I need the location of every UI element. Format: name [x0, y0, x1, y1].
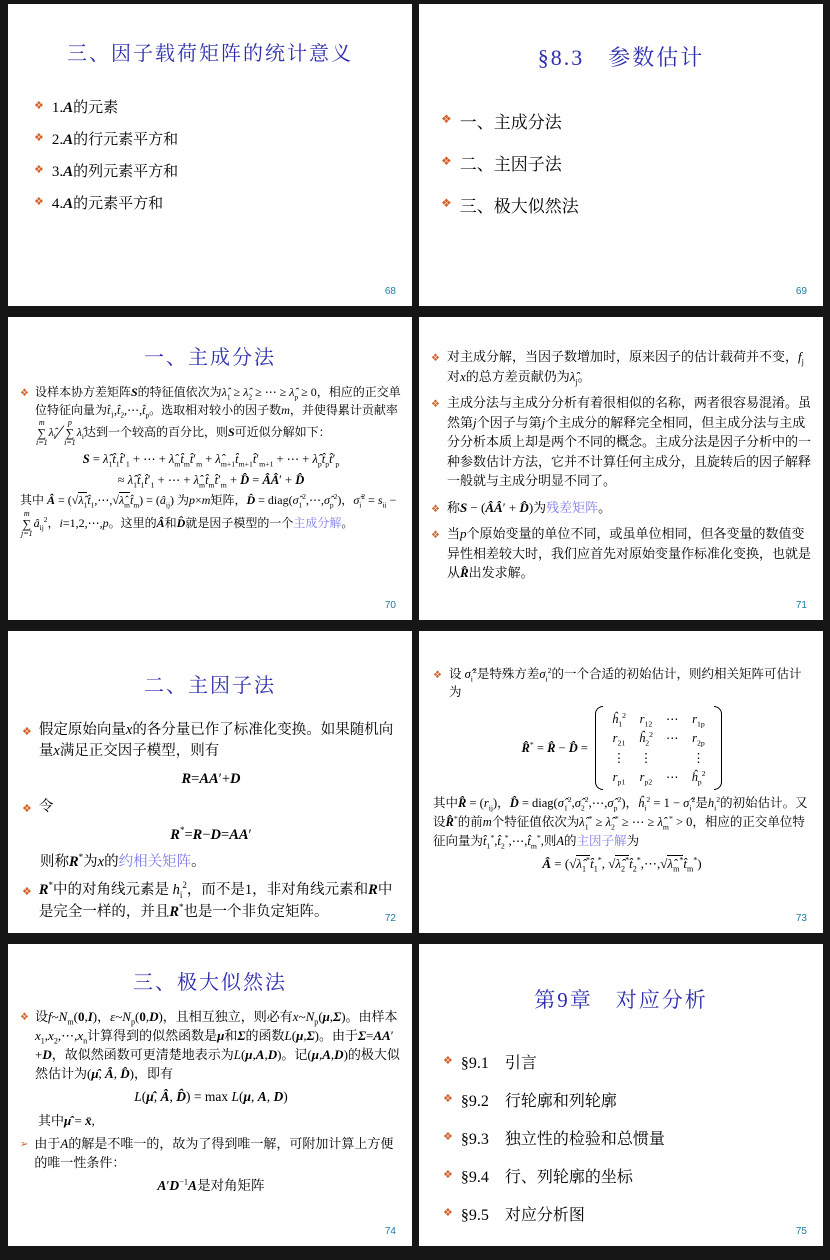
- diamond-bullet-icon: ❖: [443, 1168, 453, 1181]
- diamond-bullet-icon: ❖: [22, 801, 32, 818]
- list-item-text: 对主成分解，当因子数增加时，原来因子的估计载荷并不变，fj对x的总方差贡献仍为λ…: [447, 347, 813, 386]
- matrix-cells: ĥ12r12⋯r1p r21ĥ22⋯r2p ⋮⋮⋮ rp1rp2⋯ĥp2: [603, 706, 715, 790]
- diamond-bullet-icon: ❖: [433, 668, 442, 683]
- slide-75-title: 第9章 对应分析: [419, 984, 823, 1014]
- slide-74-body: ❖设f~Nm(0,I)，ε~Np(0,D)，且相互独立，则必有x~Np(μ,Σ)…: [20, 1007, 402, 1196]
- list-item: ❖对主成分解，当因子数增加时，原来因子的估计载荷并不变，fj对x的总方差贡献仍为…: [431, 347, 813, 386]
- slide-69: §8.3 参数估计 ❖一、主成分法 ❖二、主因子法 ❖三、极大似然法 69: [419, 4, 823, 306]
- diamond-bullet-icon: ❖: [431, 502, 440, 517]
- list-item-text: 2.A的行元素平方和: [52, 128, 412, 149]
- slide-72: 二、主因子法 ❖假定原始向量x的各分量已作了标准化变换。如果随机向量x满足正交因…: [8, 631, 412, 933]
- slide-68: 三、因子载荷矩阵的统计意义 ❖1.A的元素 ❖2.A的行元素平方和 ❖3.A的列…: [8, 4, 412, 306]
- page-number: 68: [385, 286, 396, 297]
- diamond-bullet-icon: ❖: [441, 196, 452, 211]
- page-number: 72: [385, 913, 396, 924]
- paragraph: 由于A的解是不唯一的，故为了得到唯一解，可附加计算上方便的唯一性条件：: [34, 1134, 402, 1172]
- matrix-cell: r1p: [691, 711, 705, 727]
- slide-70-body: ❖设样本协方差矩阵S的特征值依次为λ̂1 ≥ λ̂2 ≥ ⋯ ≥ λ̂p ≥ 0…: [20, 384, 402, 537]
- list-item: ❖主成分法与主成分分析有着很相似的名称，两者很容易混淆。虽然第j个因子与第j个主…: [431, 393, 813, 491]
- list-item: ❖设样本协方差矩阵S的特征值依次为λ̂1 ≥ λ̂2 ≥ ⋯ ≥ λ̂p ≥ 0…: [20, 384, 402, 447]
- list-item-text: 称S − (ÂÂ′ + D̂)为残差矩阵。: [447, 498, 813, 518]
- list-item: ❖R*中的对角线元素是 hi2，而不是1，非对角线元素和R中是完全一样的，并且R…: [22, 880, 400, 924]
- slide-72-title: 二、主因子法: [8, 669, 412, 698]
- equation-principal-factor-solution: Â = (√λ̂1*t̂1*, √λ̂2*t̂2*,⋯,√λ̂m*t̂m*): [433, 854, 811, 874]
- slide-69-title: §8.3 参数估计: [419, 41, 823, 72]
- matrix-cell: ⋮: [612, 750, 626, 766]
- list-item-text: §9.4 行、列轮廓的坐标: [461, 1164, 823, 1187]
- slide-75: 第9章 对应分析 ❖§9.1 引言 ❖§9.2 行轮廓和列轮廓 ❖§9.3 独立…: [419, 944, 823, 1246]
- list-item: ❖§9.3 独立性的检验和总惯量: [443, 1126, 823, 1149]
- diamond-bullet-icon: ❖: [431, 351, 440, 366]
- list-item: ❖令: [22, 797, 400, 819]
- list-item-text: 1.A的元素: [52, 96, 412, 117]
- list-item-text: §9.2 行轮廓和列轮廓: [461, 1088, 823, 1111]
- paragraph: 设 σ̂i2是特殊方差σi2的一个合适的初始估计，则约相关矩阵可估计为: [449, 665, 811, 703]
- matrix-cell: ⋮: [691, 750, 705, 766]
- page-number: 71: [796, 600, 807, 611]
- list-item: ❖§9.2 行轮廓和列轮廓: [443, 1088, 823, 1111]
- slide-72-body: ❖假定原始向量x的各分量已作了标准化变换。如果随机向量x满足正交因子模型，则有 …: [22, 720, 400, 924]
- matrix-cell: ĥ12: [612, 711, 626, 727]
- paragraph: R*中的对角线元素是 hi2，而不是1，非对角线元素和R中是完全一样的，并且R*…: [39, 880, 400, 924]
- diamond-bullet-icon: ❖: [443, 1054, 453, 1067]
- paragraph: 设f~Nm(0,I)，ε~Np(0,D)，且相互独立，则必有x~Np(μ,Σ)。…: [35, 1007, 402, 1083]
- slide-73-body: ❖设 σ̂i2是特殊方差σi2的一个合适的初始估计，则约相关矩阵可估计为 R̂*…: [433, 665, 811, 874]
- list-item-text: §9.1 引言: [461, 1050, 823, 1073]
- diamond-bullet-icon: ❖: [441, 154, 452, 169]
- diamond-bullet-icon: ❖: [431, 397, 440, 412]
- list-item-text: §9.5 对应分析图: [461, 1202, 823, 1225]
- matrix-cell: r12: [639, 711, 653, 727]
- list-item: ❖二、主因子法: [441, 150, 823, 175]
- diamond-bullet-icon: ❖: [22, 884, 32, 901]
- slide-73: ❖设 σ̂i2是特殊方差σi2的一个合适的初始估计，则约相关矩阵可估计为 R̂*…: [419, 631, 823, 933]
- diamond-bullet-icon: ❖: [443, 1130, 453, 1143]
- diamond-bullet-icon: ❖: [431, 528, 440, 543]
- paragraph: 其中μ̂ = x̄,: [38, 1111, 402, 1130]
- matrix-lead: R̂* = R̂ − D̂ =: [522, 739, 588, 758]
- matrix-cell: r21: [612, 730, 626, 746]
- list-item: ❖§9.1 引言: [443, 1050, 823, 1073]
- list-item: ❖称S − (ÂÂ′ + D̂)为残差矩阵。: [431, 498, 813, 518]
- page-number: 73: [796, 913, 807, 924]
- matrix-cell: r2p: [691, 730, 705, 746]
- matrix-cell: rp2: [639, 769, 653, 785]
- list-item-text: 三、极大似然法: [460, 192, 823, 217]
- equation-approximation: ≈ λ̂1t̂1t̂′1 + ⋯ + λ̂mt̂mt̂′m + D̂ = ÂÂ′…: [20, 471, 402, 489]
- right-paren: [714, 706, 722, 790]
- paragraph: 其中 Â = (√λ̂1t̂1,⋯,√λ̂mt̂m) = (âij) 为p×m矩…: [20, 492, 402, 537]
- list-item: ➢由于A的解是不唯一的，故为了得到唯一解，可附加计算上方便的唯一性条件：: [20, 1134, 402, 1172]
- slide-71-list: ❖对主成分解，当因子数增加时，原来因子的估计载荷并不变，fj对x的总方差贡献仍为…: [431, 347, 813, 583]
- paragraph: 则称R*为x的约相关矩阵。: [40, 852, 400, 874]
- slide-70: 一、主成分法 ❖设样本协方差矩阵S的特征值依次为λ̂1 ≥ λ̂2 ≥ ⋯ ≥ …: [8, 317, 412, 619]
- list-item: ❖4.A的元素平方和: [34, 192, 412, 213]
- matrix-equation: R̂* = R̂ − D̂ = ĥ12r12⋯r1p r21ĥ22⋯r2p ⋮⋮…: [433, 706, 811, 790]
- diamond-bullet-icon: ❖: [22, 724, 32, 741]
- matrix-cell: ĥp2: [691, 769, 705, 785]
- list-item: ❖假定原始向量x的各分量已作了标准化变换。如果随机向量x满足正交因子模型，则有: [22, 720, 400, 764]
- diamond-bullet-icon: ❖: [34, 195, 44, 208]
- list-item: ❖§9.4 行、列轮廓的坐标: [443, 1164, 823, 1187]
- page-number: 69: [796, 286, 807, 297]
- paragraph: 设样本协方差矩阵S的特征值依次为λ̂1 ≥ λ̂2 ≥ ⋯ ≥ λ̂p ≥ 0，…: [35, 384, 402, 447]
- diamond-bullet-icon: ❖: [20, 387, 29, 402]
- diamond-bullet-icon: ❖: [443, 1206, 453, 1219]
- list-item-text: 二、主因子法: [460, 150, 823, 175]
- list-item: ❖1.A的元素: [34, 96, 412, 117]
- equation-uniqueness-condition: A′D−1A是对角矩阵: [20, 1176, 402, 1196]
- list-item-text: 4.A的元素平方和: [52, 192, 412, 213]
- list-item: ❖三、极大似然法: [441, 192, 823, 217]
- list-item-text: 当p个原始变量的单位不同，或虽单位相同，但各变量的数值变异性相差较大时，我们应首…: [447, 524, 813, 583]
- slide-69-list: ❖一、主成分法 ❖二、主因子法 ❖三、极大似然法: [441, 108, 823, 217]
- list-item: ❖当p个原始变量的单位不同，或虽单位相同，但各变量的数值变异性相差较大时，我们应…: [431, 524, 813, 583]
- matrix-cell: ⋮: [639, 750, 653, 766]
- reduced-correlation-matrix: ĥ12r12⋯r1p r21ĥ22⋯r2p ⋮⋮⋮ rp1rp2⋯ĥp2: [595, 706, 723, 790]
- matrix-cell: ⋯: [666, 769, 679, 785]
- list-item-text: 主成分法与主成分分析有着很相似的名称，两者很容易混淆。虽然第j个因子与第j个主成…: [447, 393, 813, 491]
- list-item: ❖3.A的列元素平方和: [34, 160, 412, 181]
- equation-factor-model: R=AA′+D: [22, 769, 400, 791]
- left-paren: [595, 706, 603, 790]
- equation-likelihood-max: L(μ̂, Â, D̂) = max L(μ, A, D): [20, 1087, 402, 1107]
- matrix-cell: ĥ22: [639, 730, 653, 746]
- paragraph: 假定原始向量x的各分量已作了标准化变换。如果随机向量x满足正交因子模型，则有: [39, 720, 400, 764]
- list-item: ❖一、主成分法: [441, 108, 823, 133]
- diamond-bullet-icon: ❖: [34, 99, 44, 112]
- slide-74-title: 三、极大似然法: [8, 966, 412, 995]
- paragraph: 其中R̂ = (rij)，D̂ = diag(σ̂12,σ̂22,⋯,σ̂p2)…: [433, 794, 811, 850]
- paragraph: 令: [39, 797, 400, 819]
- matrix-cell: rp1: [612, 769, 626, 785]
- diamond-bullet-icon: ❖: [441, 112, 452, 127]
- page-number: 74: [385, 1226, 396, 1237]
- slide-68-list: ❖1.A的元素 ❖2.A的行元素平方和 ❖3.A的列元素平方和 ❖4.A的元素平…: [34, 96, 412, 213]
- list-item: ❖2.A的行元素平方和: [34, 128, 412, 149]
- list-item-text: 3.A的列元素平方和: [52, 160, 412, 181]
- matrix-cell: ⋯: [666, 730, 679, 746]
- page-number: 75: [796, 1226, 807, 1237]
- list-item: ❖§9.5 对应分析图: [443, 1202, 823, 1225]
- matrix-cell: ⋯: [666, 711, 679, 727]
- diamond-bullet-icon: ❖: [20, 1011, 29, 1026]
- list-item-text: §9.3 独立性的检验和总惯量: [461, 1126, 823, 1149]
- arrow-bullet-icon: ➢: [20, 1138, 28, 1153]
- list-item-text: 一、主成分法: [460, 108, 823, 133]
- slide-75-list: ❖§9.1 引言 ❖§9.2 行轮廓和列轮廓 ❖§9.3 独立性的检验和总惯量 …: [443, 1050, 823, 1225]
- slide-74: 三、极大似然法 ❖设f~Nm(0,I)，ε~Np(0,D)，且相互独立，则必有x…: [8, 944, 412, 1246]
- slide-68-title: 三、因子载荷矩阵的统计意义: [8, 37, 412, 66]
- slide-grid: 三、因子载荷矩阵的统计意义 ❖1.A的元素 ❖2.A的行元素平方和 ❖3.A的列…: [0, 0, 830, 1260]
- slide-70-title: 一、主成分法: [8, 341, 412, 370]
- diamond-bullet-icon: ❖: [443, 1092, 453, 1105]
- slide-71: ❖对主成分解，当因子数增加时，原来因子的估计载荷并不变，fj对x的总方差贡献仍为…: [419, 317, 823, 619]
- equation-reduced-correlation: R*=R−D=AA′: [22, 825, 400, 847]
- equation-spectral-decomposition: S = λ̂1t̂1t̂′1 + ⋯ + λ̂mt̂mt̂′m + λ̂m+1t…: [20, 450, 402, 468]
- page-number: 70: [385, 600, 396, 611]
- list-item: ❖设f~Nm(0,I)，ε~Np(0,D)，且相互独立，则必有x~Np(μ,Σ)…: [20, 1007, 402, 1083]
- matrix-cell: [666, 750, 679, 766]
- list-item: ❖设 σ̂i2是特殊方差σi2的一个合适的初始估计，则约相关矩阵可估计为: [433, 665, 811, 703]
- diamond-bullet-icon: ❖: [34, 163, 44, 176]
- diamond-bullet-icon: ❖: [34, 131, 44, 144]
